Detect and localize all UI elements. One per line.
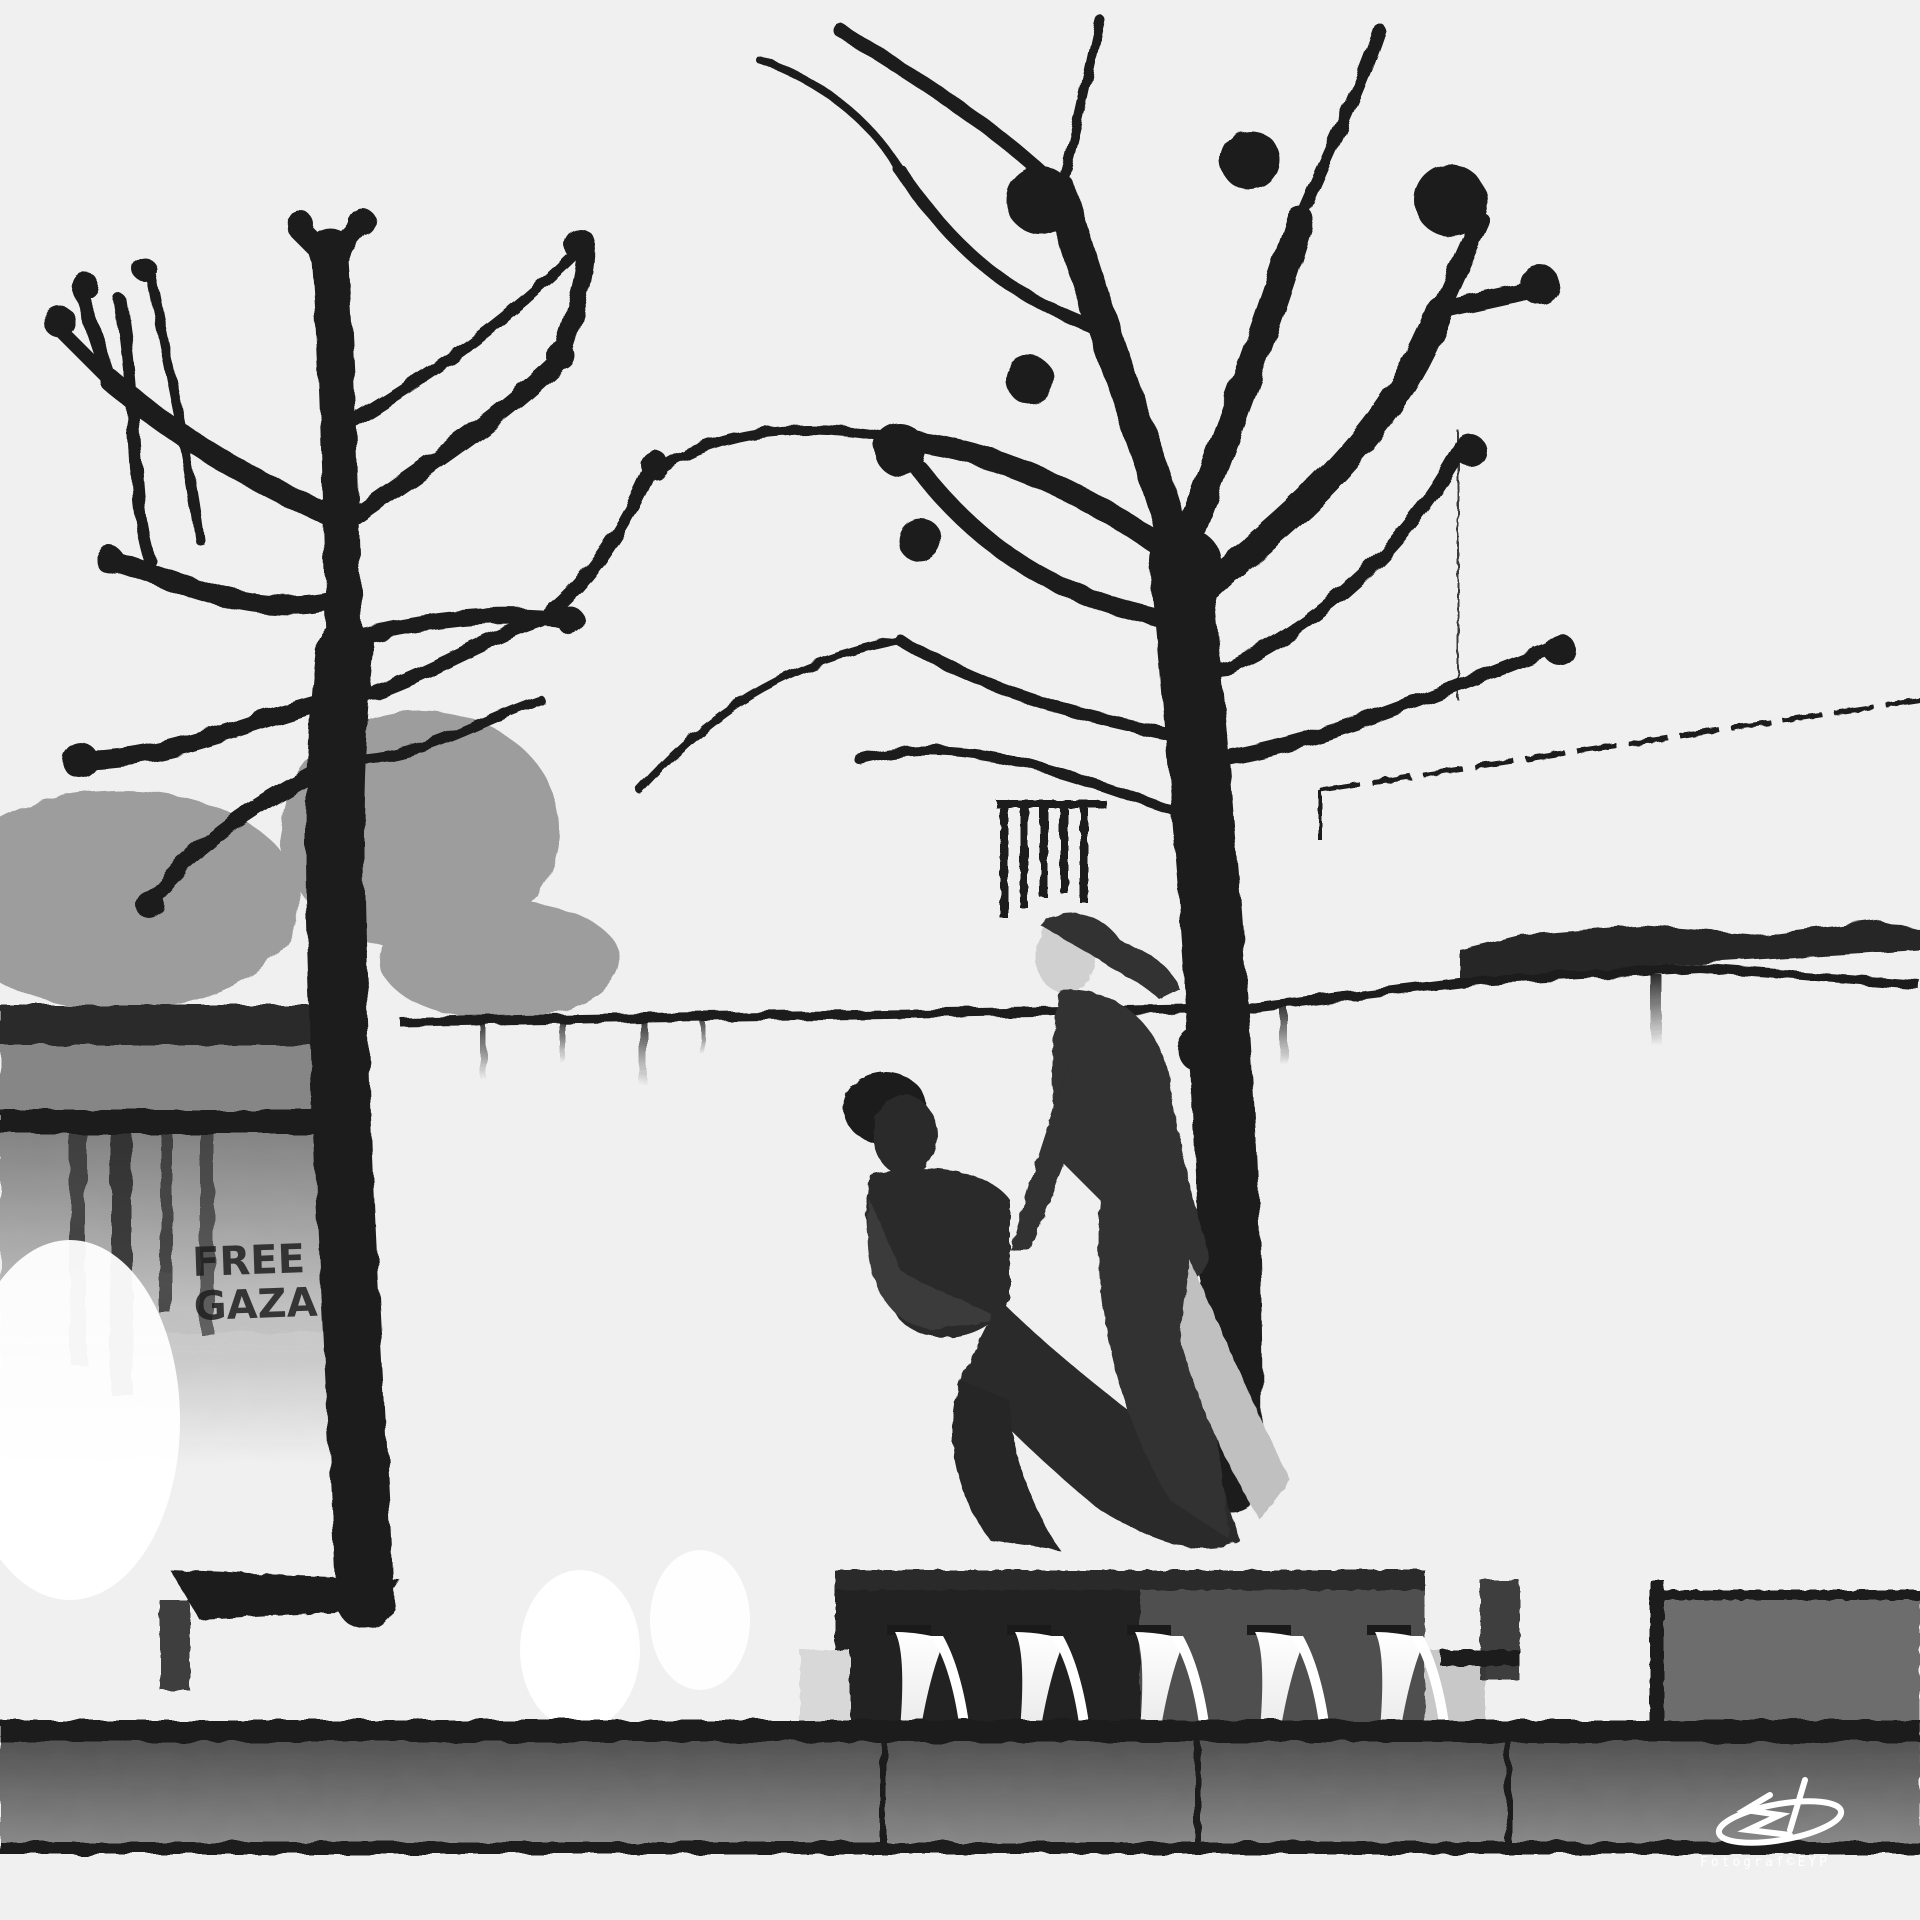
fountain-basin <box>0 1720 1920 1920</box>
watermark-text: Fotograf©EYP <box>1700 1855 1830 1870</box>
graffiti-line-2: GAZA <box>193 1283 254 1329</box>
photo-scene <box>0 0 1920 1920</box>
graffiti-text: FREE GAZA <box>191 1239 254 1329</box>
graffiti-line-1: FREE <box>191 1239 252 1285</box>
